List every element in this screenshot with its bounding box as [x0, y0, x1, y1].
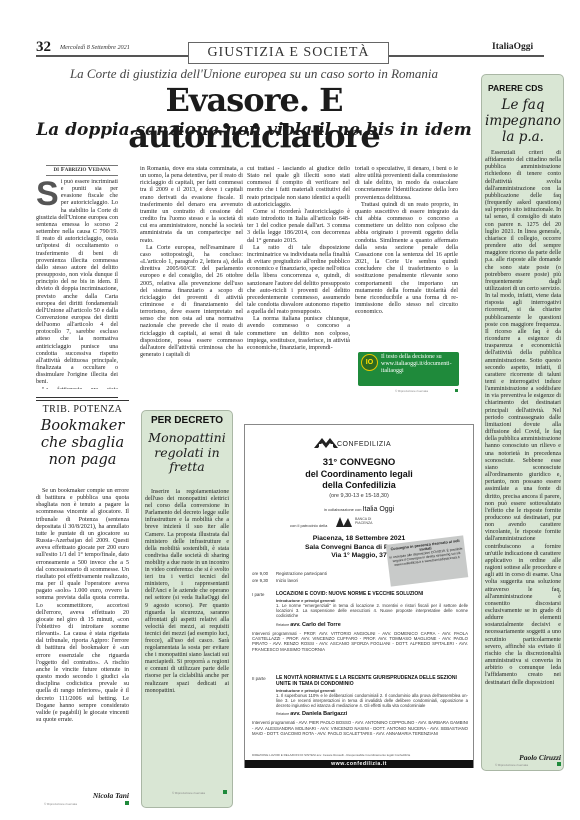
- paragraph: Trattasi quindi di un reato proprio, in …: [355, 202, 458, 317]
- rights-notice: © Riproduzione riservata: [44, 802, 77, 806]
- brief-body: Se un bookmaker compie un errore di batt…: [36, 488, 129, 788]
- paragraph: Inserire la regolamentazione dell'uso de…: [145, 489, 229, 695]
- end-mark-icon: [557, 762, 561, 766]
- section-rule: [36, 400, 129, 401]
- article-column-3: cui trattasi - lasciando al giudice dell…: [247, 166, 350, 429]
- part-panel: Interventi programmati - PROF. AVV. VITT…: [252, 631, 468, 652]
- part-label: I parte: [252, 592, 276, 628]
- part-speaker: Relatore avv. Carlo del Torre: [276, 622, 468, 628]
- ad-part-1: I parte LOCAZIONI E COVID: NUOVE NORME E…: [252, 592, 468, 652]
- ad-title: 31° CONVEGNO: [244, 457, 474, 468]
- paragraph: Essenziali criteri di affidamento del ci…: [485, 150, 561, 687]
- paragraph: La ratio di tale disposizione incriminat…: [247, 245, 350, 317]
- column-rule: [36, 397, 118, 398]
- brief-body: Inserire la regolamentazione dell'uso de…: [145, 489, 229, 789]
- part-panel: Interventi programmati - AVV. PIER PAOLO…: [252, 720, 468, 736]
- end-mark-icon: [125, 801, 129, 805]
- article-column-2: in Romania, dove era stata comminata, a …: [140, 166, 243, 393]
- rights-notice: © Riproduzione riservata: [395, 389, 428, 393]
- bank-name: BANCA DI PIACENZA: [355, 517, 377, 525]
- article-column-4: toriali o speculative, il denaro, i beni…: [355, 166, 458, 344]
- ad-schedule: ore 9,00 Registrazione partecipanti ore …: [252, 571, 452, 583]
- part-title: LE NOVITÀ NORMATIVE E LA RECENTE GIURISP…: [276, 676, 468, 688]
- confedilizia-logo-icon: [313, 436, 339, 450]
- schedule-time: ore 9,30: [252, 578, 276, 583]
- byline-rule: [46, 175, 118, 176]
- issue-date: Mercoledì 8 Settembre 2021: [60, 44, 130, 51]
- paragraph: in Romania, dove era stata comminata, a …: [140, 166, 243, 245]
- sidebar-label: PARERE CDS: [488, 83, 543, 93]
- header-rule: [36, 55, 188, 57]
- speaker-label: Relatore: [276, 712, 289, 716]
- paragraph: Come si ricorderà l'autoriciclaggio è st…: [247, 209, 350, 245]
- speaker-label: Relatore: [276, 623, 289, 627]
- schedule-label: Registrazione partecipanti: [276, 571, 327, 576]
- end-mark-icon: [223, 790, 227, 794]
- ad-website-link[interactable]: www.confedilizia.it: [245, 760, 473, 768]
- paragraph: toriali o speculative, il denaro, i beni…: [355, 166, 458, 202]
- article-subhead: La doppia sanzione non viola il ne bis i…: [36, 120, 472, 140]
- paragraph: La norma italiana punisce chiunque, aven…: [247, 316, 350, 352]
- end-mark-icon: [455, 389, 458, 392]
- newspaper-logo: ItaliaOggi: [492, 42, 533, 52]
- ad-part-2: II parte LE NOVITÀ NORMATIVE E LA RECENT…: [252, 676, 468, 736]
- ad-hours: (ore 9,30-13 e 15-18,30): [244, 493, 474, 499]
- page-number: 32: [36, 39, 51, 56]
- ad-subtitle: del Coordinamento legali della Confedili…: [244, 469, 474, 491]
- section-title: GIUSTIZIA E SOCIETÀ: [188, 42, 389, 64]
- author-signature: Nicola Tani: [36, 791, 129, 800]
- bank-logo-icon: [335, 516, 353, 528]
- schedule-time: ore 9,00: [252, 571, 276, 576]
- article-headline: Evasore. E autoriciclatore: [36, 82, 472, 154]
- brief-title: Monopattini regolati in fretta: [141, 431, 233, 475]
- paragraph: La fattispecie era stata dapprima esamin…: [36, 387, 118, 389]
- schedule-row: ore 9,30 Inizio lavori: [252, 578, 452, 583]
- part-topics: 1. Il superbonus 110% e le deliberazioni…: [276, 693, 468, 709]
- brief-label: TRIB. POTENZA: [36, 404, 129, 415]
- sidebar-title: Le faq impegnano la p.a.: [485, 97, 561, 145]
- ad-footnote: DIREZIONE LAVORI E RELAZIONI DI SINTESI …: [252, 753, 410, 757]
- schedule-row: ore 9,00 Registrazione partecipanti: [252, 571, 452, 576]
- schedule-label: Inizio lavori: [276, 578, 298, 583]
- paragraph: cui trattasi - lasciando al giudice dell…: [247, 166, 350, 209]
- sidebar-body: Essenziali criteri di affidamento del ci…: [485, 150, 561, 740]
- header-rule: [389, 55, 492, 57]
- brief-title: Bookmaker che sbaglia non paga: [36, 418, 129, 469]
- ad-subtitle-line: della Confedilizia: [244, 480, 474, 491]
- logo-rule: [492, 55, 544, 57]
- ad-logo-text: CONFEDILIZIA: [337, 441, 391, 448]
- brief-label: PER DECRETO: [141, 415, 233, 426]
- article-column-1: S i può essere incriminati e puniti sia …: [36, 179, 118, 389]
- part-label: II parte: [252, 676, 276, 717]
- collab-label: in collaborazione con: [324, 507, 362, 512]
- speaker-name: avv. Carlo del Torre: [290, 622, 341, 628]
- rights-notice: © Riproduzione riservata: [172, 791, 205, 795]
- document-reference-link[interactable]: Il testo della decisione su www.italiaog…: [381, 354, 456, 375]
- part-topics: 1. Le norme "emergenziali" in tema di lo…: [276, 603, 468, 619]
- paragraph: La Corte europea, nell'esaminare il caso…: [140, 245, 243, 360]
- rights-notice: © Riproduzione riservata: [495, 763, 528, 767]
- speaker-name: avv. Daniela Barigazzi: [290, 711, 347, 717]
- paragraph: Se un bookmaker compie un errore di batt…: [36, 488, 129, 724]
- ad-patronage-label: con il patrocinio della: [290, 523, 327, 528]
- italiaoggi-badge-icon: IO: [361, 354, 378, 371]
- author-signature: Paolo Ciruzzi: [485, 753, 561, 762]
- ad-collaboration: in collaborazione con Italia Oggi: [244, 506, 474, 513]
- collab-name: Italia Oggi: [363, 506, 395, 513]
- article-kicker: La Corte di giustizia dell'Unione europe…: [36, 66, 472, 82]
- part-speaker: Relatore avv. Daniela Barigazzi: [276, 711, 468, 717]
- drop-cap: S: [36, 180, 59, 208]
- article-byline: di Fabrizio Vedana: [46, 166, 118, 173]
- ad-subtitle-line: del Coordinamento legali: [244, 469, 474, 480]
